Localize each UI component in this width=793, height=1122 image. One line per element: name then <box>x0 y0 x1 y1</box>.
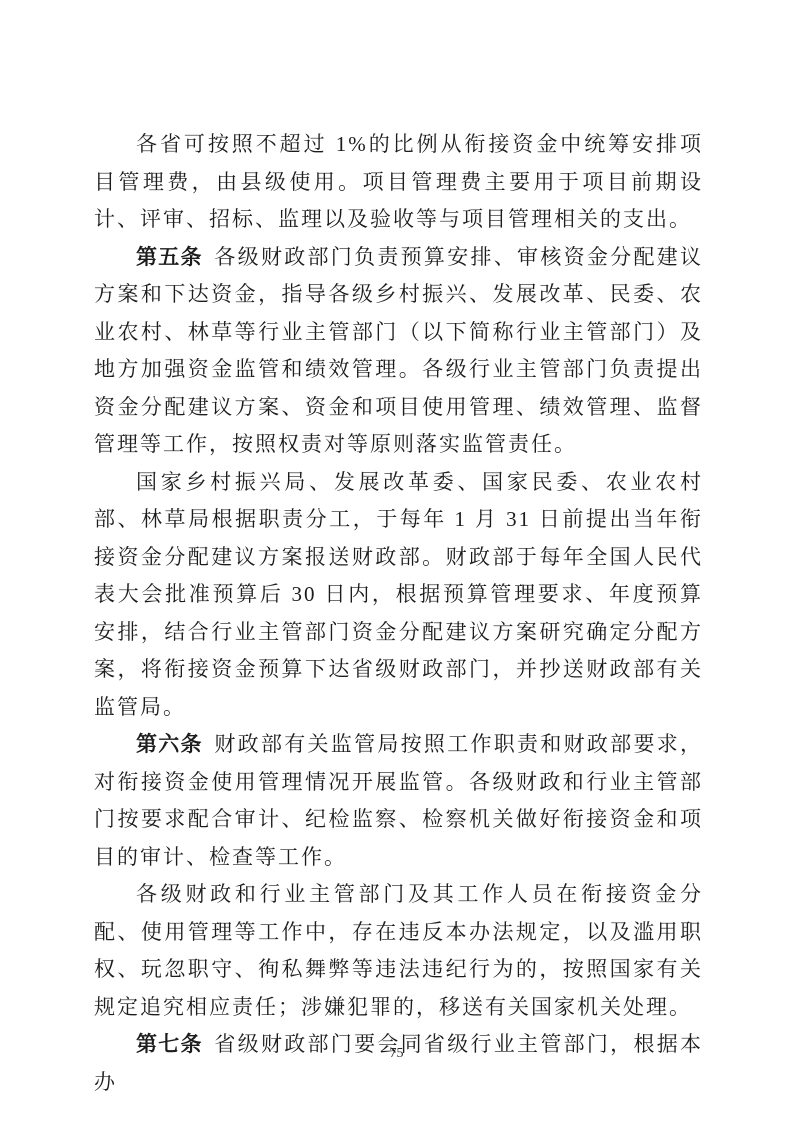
page-number: 75 <box>0 1046 793 1062</box>
document-page: 各省可按照不超过 1%的比例从衔接资金中统筹安排项目管理费，由县级使用。项目管理… <box>0 0 793 1122</box>
paragraph-text: 各级财政部门负责预算安排、审核资金分配建议方案和下达资金，指导各级乡村振兴、发展… <box>94 245 703 457</box>
paragraph: 各级财政和行业主管部门及其工作人员在衔接资金分配、使用管理等工作中，存在违反本办… <box>94 876 703 1026</box>
paragraph: 第六条财政部有关监管局按照工作职责和财政部要求，对衔接资金使用管理情况开展监管。… <box>94 726 703 876</box>
paragraph: 第五条各级财政部门负责预算安排、审核资金分配建议方案和下达资金，指导各级乡村振兴… <box>94 239 703 464</box>
paragraph-text: 各级财政和行业主管部门及其工作人员在衔接资金分配、使用管理等工作中，存在违反本办… <box>94 882 703 1019</box>
article-number: 第五条 <box>136 246 203 269</box>
article-number: 第六条 <box>136 733 203 756</box>
paragraph: 各省可按照不超过 1%的比例从衔接资金中统筹安排项目管理费，由县级使用。项目管理… <box>94 126 703 239</box>
paragraph: 国家乡村振兴局、发展改革委、国家民委、农业农村部、林草局根据职责分工，于每年 1… <box>94 464 703 727</box>
paragraph-text: 各省可按照不超过 1%的比例从衔接资金中统筹安排项目管理费，由县级使用。项目管理… <box>94 132 703 231</box>
document-body: 各省可按照不超过 1%的比例从衔接资金中统筹安排项目管理费，由县级使用。项目管理… <box>94 126 703 1101</box>
paragraph: 第七条省级财政部门要会同省级行业主管部门，根据本办 <box>94 1026 703 1101</box>
paragraph-text: 国家乡村振兴局、发展改革委、国家民委、农业农村部、林草局根据职责分工，于每年 1… <box>94 470 703 719</box>
